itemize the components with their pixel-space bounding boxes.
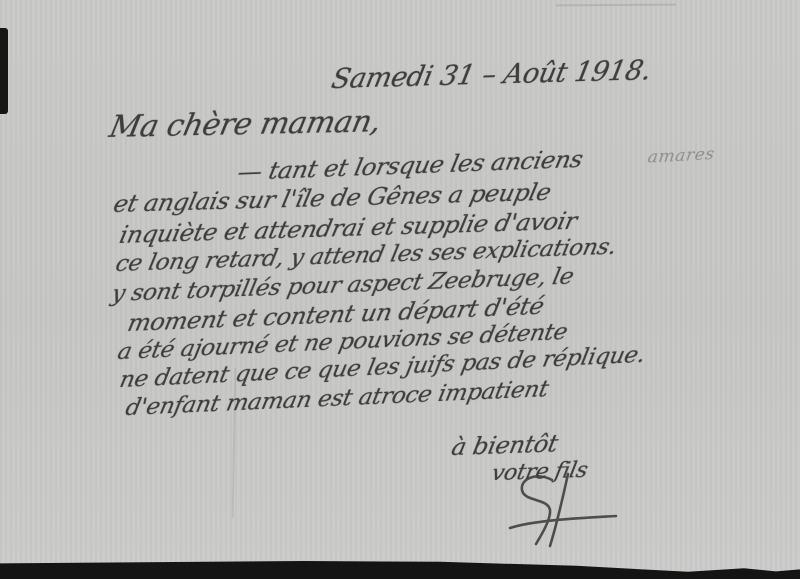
letter-photograph: Samedi 31 – Août 1918. Ma chère maman, a… bbox=[0, 0, 800, 579]
letter-date: Samedi 31 – Août 1918. bbox=[329, 55, 654, 95]
letter-closing: à bientôt bbox=[449, 429, 560, 461]
paper-smudge bbox=[556, 4, 676, 7]
pencil-annotation: amares bbox=[647, 144, 716, 167]
signature-flourish bbox=[498, 472, 628, 552]
letter-salutation: Ma chère maman, bbox=[106, 104, 384, 145]
photo-bottom-edge-shadow bbox=[0, 559, 800, 579]
photo-left-edge-shadow bbox=[0, 28, 8, 114]
